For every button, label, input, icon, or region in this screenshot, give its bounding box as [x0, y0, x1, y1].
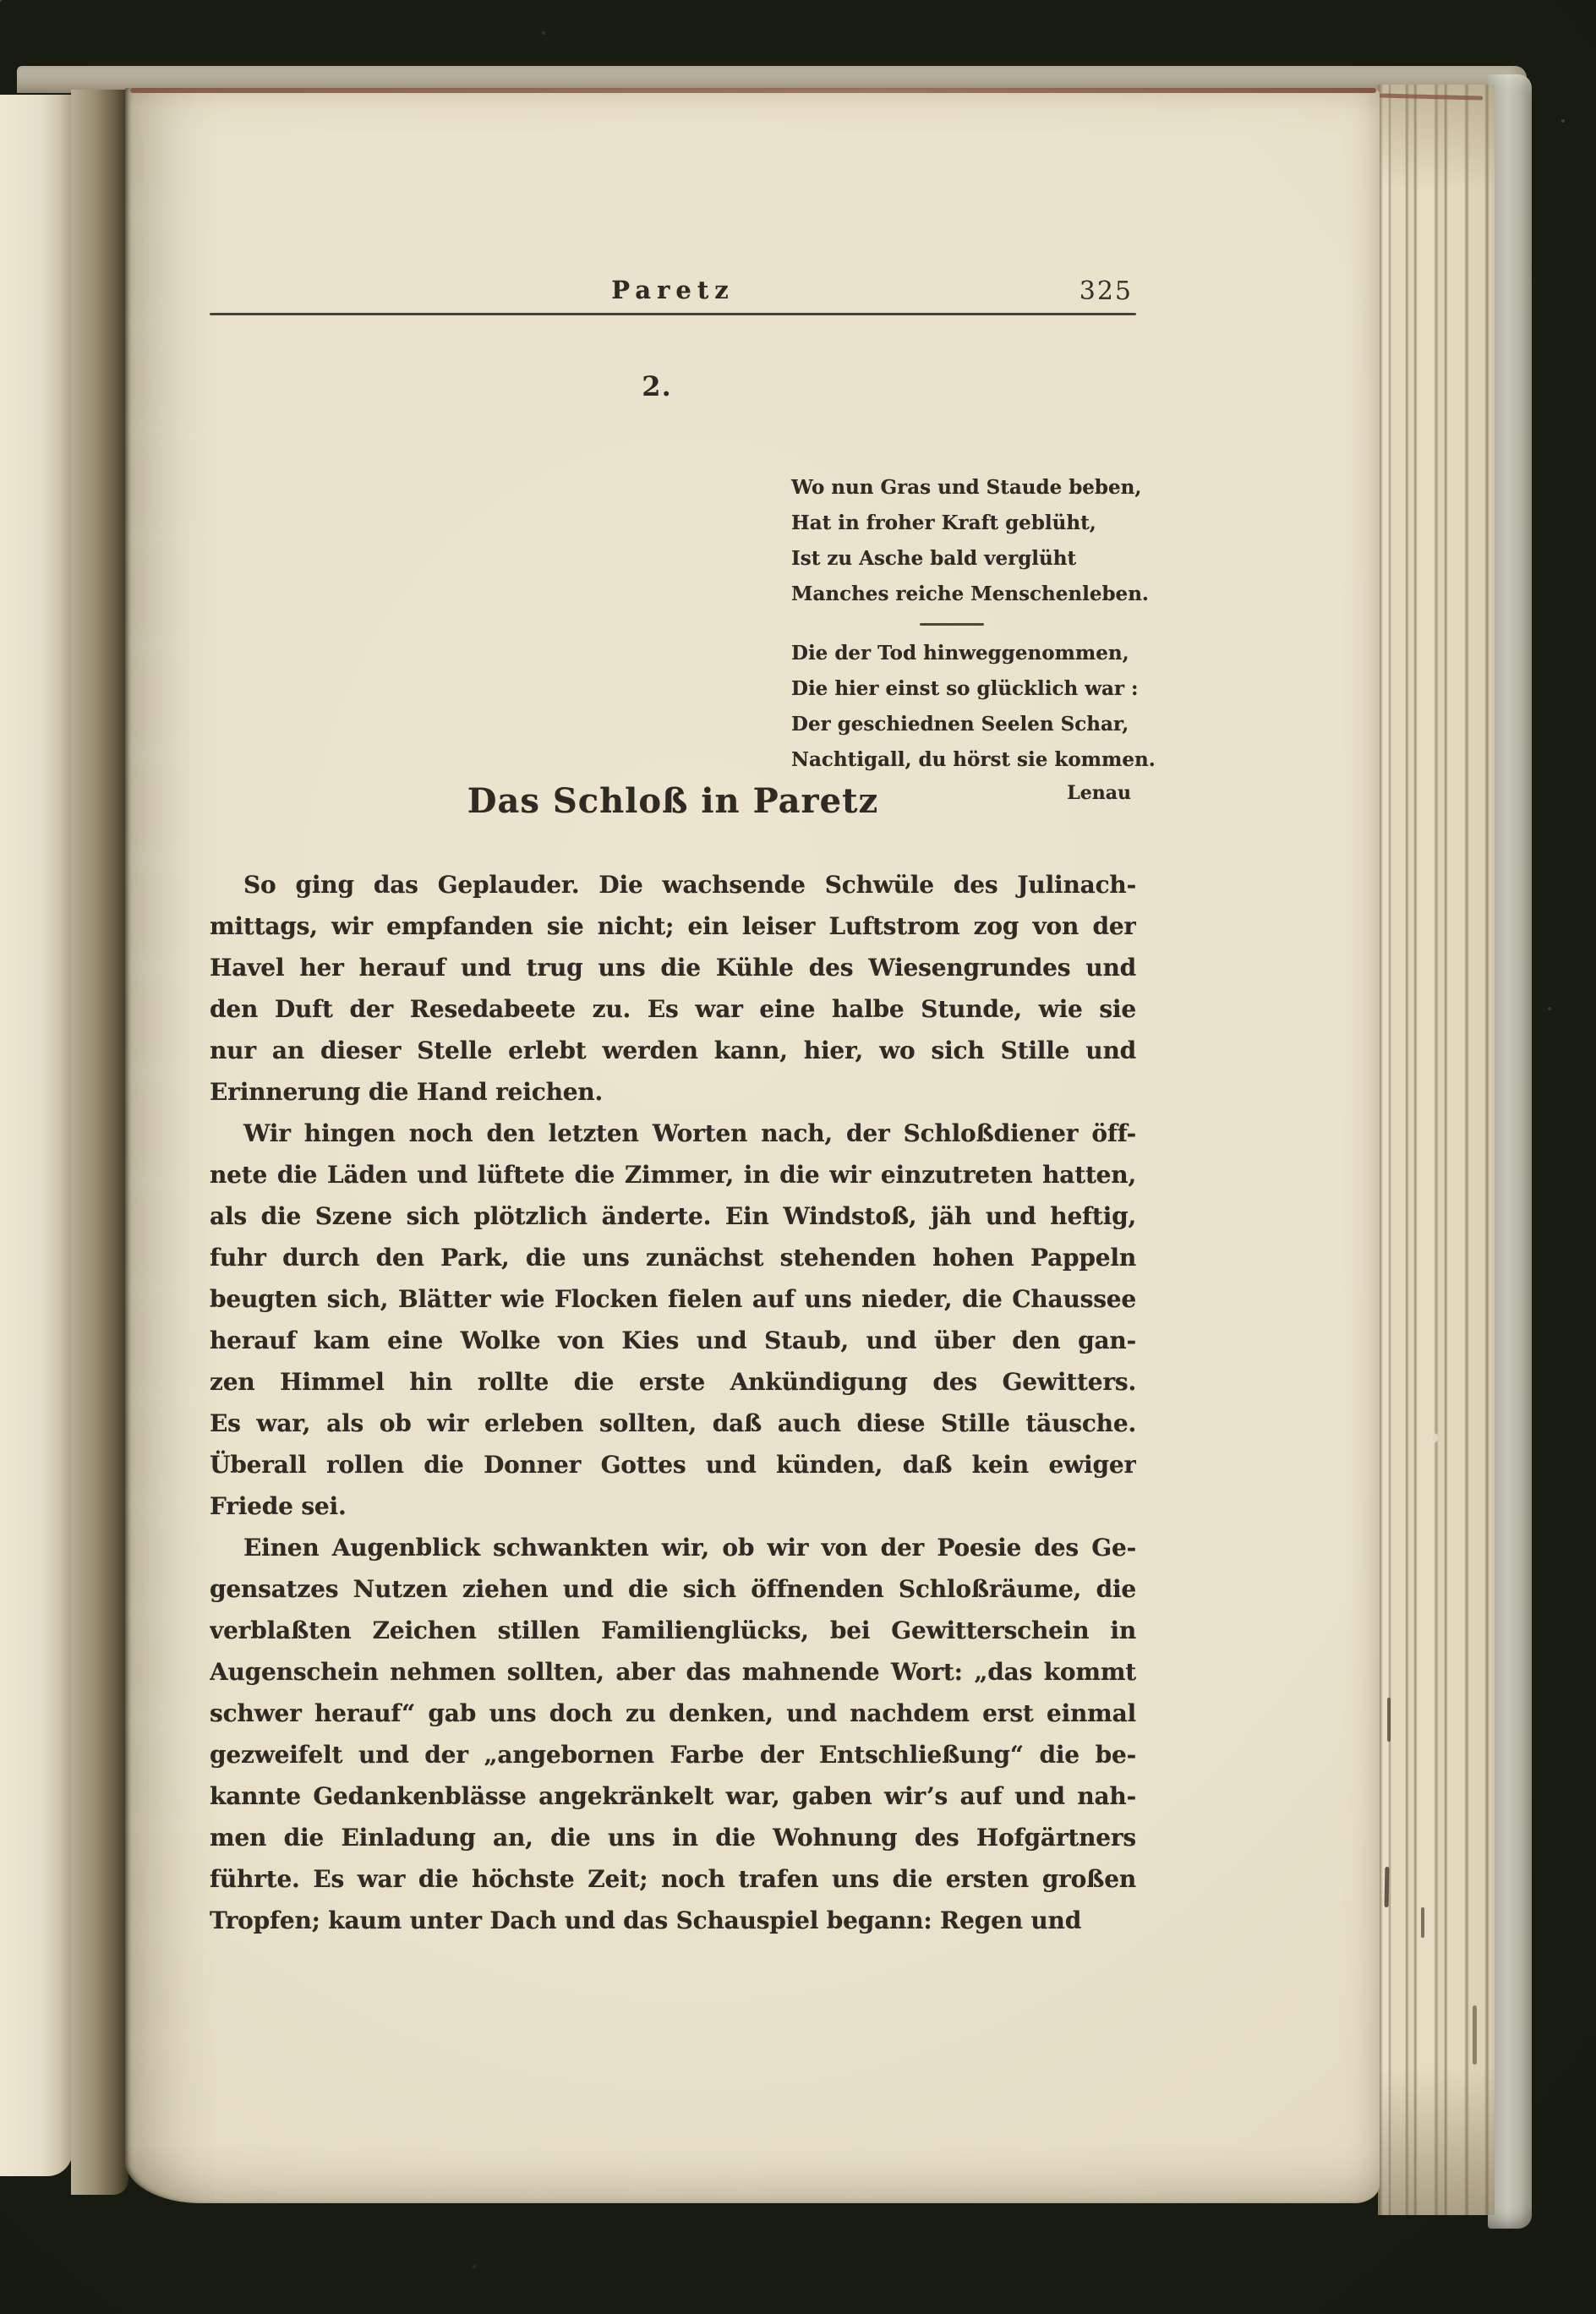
- body-line: zen Himmel hin rollte die erste Ankündig…: [210, 1361, 1136, 1403]
- fore-edge-mark: [1385, 1867, 1390, 1907]
- body-line: nete die Läden und lüftete die Zimmer, i…: [210, 1154, 1136, 1195]
- header-rule: [210, 313, 1136, 315]
- epigraph: Wo nun Gras und Staude beben, Hat in fro…: [791, 470, 1155, 804]
- body-line: beugten sich, Blätter wie Flocken fielen…: [210, 1278, 1136, 1320]
- spine-gutter-shadow: [71, 90, 128, 2195]
- body-line: als die Szene sich plötzlich änderte. Ei…: [210, 1195, 1136, 1237]
- body-line: den Duft der Resedabeete zu. Es war eine…: [210, 988, 1136, 1030]
- body-line: Es war, als ob wir erleben sollten, daß …: [210, 1403, 1136, 1444]
- body-line: Einen Augenblick schwankten wir, ob wir …: [210, 1527, 1136, 1568]
- body-line: Augenschein nehmen sollten, aber das mah…: [210, 1651, 1136, 1693]
- body-line: gensatzes Nutzen ziehen und die sich öff…: [210, 1568, 1136, 1610]
- body-line: Tropfen; kaum unter Dach und das Schausp…: [210, 1900, 1136, 1941]
- body-line: men die Einladung an, die uns in die Woh…: [210, 1817, 1136, 1858]
- poem-line: Nachtigall, du hörst sie kommen.: [791, 742, 1155, 778]
- stanza-divider: [920, 623, 984, 626]
- page-stack-fore-edge: [1378, 85, 1495, 2215]
- poem-line: Wo nun Gras und Staude beben,: [791, 470, 1155, 506]
- body-line: So ging das Geplauder. Die wachsende Sch…: [210, 864, 1136, 905]
- poem-line: Die hier einst so glücklich war :: [791, 671, 1155, 707]
- body-line: fuhr durch den Park, die uns zunächst st…: [210, 1237, 1136, 1278]
- fore-edge-mark: [1387, 1698, 1391, 1742]
- body-line: herauf kam eine Wolke von Kies und Staub…: [210, 1320, 1136, 1361]
- page-number: 325: [1079, 276, 1133, 306]
- fore-edge-mark: [1473, 2005, 1477, 2065]
- body-line: Wir hingen noch den letzten Worten nach,…: [210, 1113, 1136, 1154]
- body-line: führte. Es war die höchste Zeit; noch tr…: [210, 1858, 1136, 1900]
- poem-line: Manches reiche Menschenleben.: [791, 577, 1155, 612]
- fore-edge-mark: [1421, 1907, 1424, 1938]
- poem-line: Hat in froher Kraft geblüht,: [791, 506, 1155, 541]
- poem-line: Der geschiednen Seelen Schar,: [791, 707, 1155, 742]
- running-head-title: Paretz: [210, 276, 1136, 304]
- poem-line: Ist zu Asche bald verglüht: [791, 541, 1155, 577]
- book-page: Paretz 325 2. Wo nun Gras und Staude beb…: [125, 88, 1380, 2203]
- body-line: verblaßten Zeichen stillen Familienglück…: [210, 1610, 1136, 1651]
- body-line: nur an dieser Stelle erlebt werden kann,…: [210, 1030, 1136, 1071]
- running-head: Paretz 325: [210, 276, 1136, 313]
- body-text: So ging das Geplauder. Die wachsende Sch…: [210, 864, 1136, 1941]
- chapter-heading: Das Schloß in Paretz: [210, 781, 1136, 821]
- body-line: Erinnerung die Hand reichen.: [210, 1071, 1136, 1113]
- dust-specks: [0, 0, 2, 2]
- body-line: schwer herauf“ gab uns doch zu denken, u…: [210, 1693, 1136, 1734]
- left-page-sliver: [0, 95, 73, 2176]
- poem-line: Die der Tod hinweggenommen,: [791, 636, 1155, 671]
- body-line: kannte Gedankenblässe angekränkelt war, …: [210, 1775, 1136, 1817]
- body-line: mittags, wir empfanden sie nicht; ein le…: [210, 905, 1136, 947]
- section-number: 2.: [194, 370, 1120, 402]
- body-line: Havel her herauf und trug uns die Kühle …: [210, 947, 1136, 988]
- body-line: gezweifelt und der „angebornen Farbe der…: [210, 1734, 1136, 1775]
- photo-backdrop: Paretz 325 2. Wo nun Gras und Staude beb…: [0, 0, 1596, 2314]
- body-line: Überall rollen die Donner Gottes und kün…: [210, 1444, 1136, 1485]
- body-line: Friede sei.: [210, 1485, 1136, 1527]
